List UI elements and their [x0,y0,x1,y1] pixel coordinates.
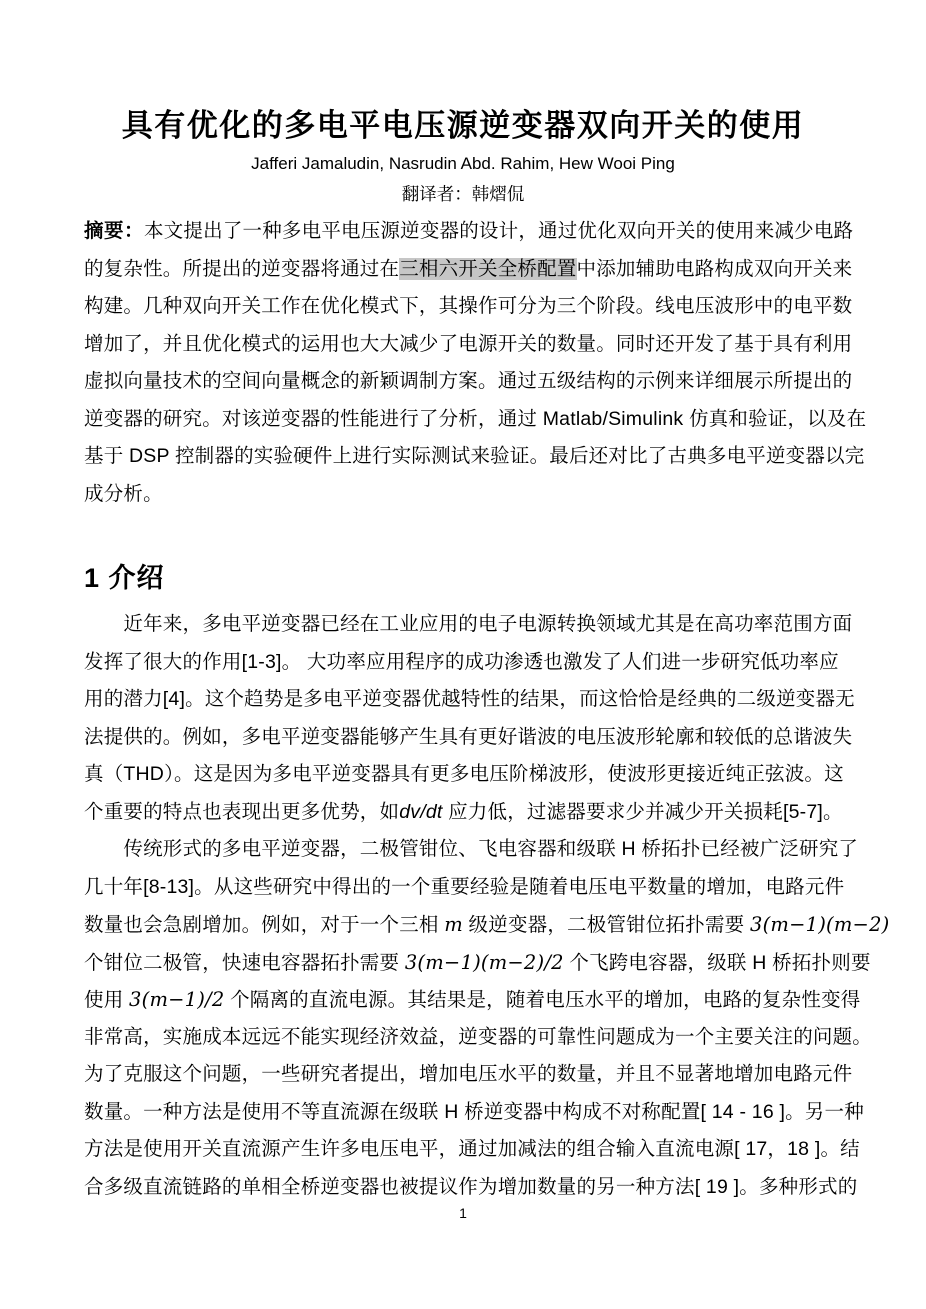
text-line: 发挥了很大的作用[1-3]。 大功率应用程序的成功渗透也激发了人们进一步研究低功… [84,644,846,682]
text-line: 数量。一种方法是使用不等直流源在级联 H 桥逆变器中构成不对称配置[ 14 - … [84,1094,846,1132]
text-line: 个重要的特点也表现出更多优势，如dv/dt 应力低，过滤器要求少并减少开关损耗[… [84,794,846,832]
text-segment: 使用 [84,989,129,1011]
text-line: 逆变器的研究。对该逆变器的性能进行了分析，通过 Matlab/Simulink … [84,401,846,439]
text-line: 数量也会急剧增加。例如，对于一个三相 m 级逆变器，二极管钳位拓扑需要 3(m−… [84,906,846,944]
text-segment: 用的潜力[4]。这个趋势是多电平逆变器优越特性的结果，而这恰恰是经典的二级逆变器… [84,688,855,710]
text-line: 构建。几种双向开关工作在优化模式下，其操作可分为三个阶段。线电压波形中的电平数 [84,288,846,326]
text-line: 法提供的。例如，多电平逆变器能够产生具有更好谐波的电压波形轮廓和较低的总谐波失 [84,719,846,757]
text-segment: 级逆变器，二极管钳位拓扑需要 [463,914,750,936]
document-page: 具有优化的多电平电压源逆变器双向开关的使用 Jafferi Jamaludin,… [0,0,926,1309]
text-segment: 逆变器的研究。对该逆变器的性能进行了分析，通过 Matlab/Simulink … [84,408,866,430]
text-segment: m [444,913,463,936]
text-segment: 虚拟向量技术的空间向量概念的新颖调制方案。通过五级结构的示例来详细展示所提出的 [84,370,852,392]
text-segment: 法提供的。例如，多电平逆变器能够产生具有更好谐波的电压波形轮廓和较低的总谐波失 [84,726,852,748]
text-line: 合多级直流链路的单相全桥逆变器也被提议作为增加数量的另一种方法[ 19 ]。多种… [84,1169,846,1207]
text-line: 成分析。 [84,476,846,514]
abstract-paragraph: 摘要：本文提出了一种多电平电压源逆变器的设计，通过优化双向开关的使用来减少电路的… [84,213,846,513]
text-line: 个钳位二极管，快速电容器拓扑需要 3(m−1)(m−2)/2 个飞跨电容器，级联… [84,944,846,982]
text-line: 使用 3(m−1)/2 个隔离的直流电源。其结果是，随着电压水平的增加，电路的复… [84,981,846,1019]
text-line: 增加了，并且优化模式的运用也大大减少了电源开关的数量。同时还开发了基于具有利用 [84,326,846,364]
text-line: 近年来，多电平逆变器已经在工业应用的电子电源转换领域尤其是在高功率范围方面 [84,606,846,644]
text-line: 几十年[8-13]。从这些研究中得出的一个重要经验是随着电压电平数量的增加，电路… [84,869,846,907]
text-segment: 方法是使用开关直流源产生许多电压电平，通过加减法的组合输入直流电源[ 17，18… [84,1138,860,1160]
text-segment: 真（THD）。这是因为多电平逆变器具有更多电压阶梯波形，使波形更接近纯正弦波。这 [84,763,844,785]
text-line: 虚拟向量技术的空间向量概念的新颖调制方案。通过五级结构的示例来详细展示所提出的 [84,363,846,401]
text-segment: 增加了，并且优化模式的运用也大大减少了电源开关的数量。同时还开发了基于具有利用 [84,333,852,355]
text-line: 方法是使用开关直流源产生许多电压电平，通过加减法的组合输入直流电源[ 17，18… [84,1131,846,1169]
text-segment: 应力低，过滤器要求少并减少开关损耗[5-7]。 [442,801,842,823]
text-segment: 传统形式的多电平逆变器，二极管钳位、飞电容器和级联 H 桥拓扑已经被广泛研究了 [84,838,858,860]
section-heading: 1 介绍 [84,556,844,595]
text-segment: 个重要的特点也表现出更多优势，如 [84,801,399,823]
text-segment: 为了克服这个问题，一些研究者提出，增加电压水平的数量，并且不显著地增加电路元件 [84,1063,852,1085]
text-line: 为了克服这个问题，一些研究者提出，增加电压水平的数量，并且不显著地增加电路元件 [84,1056,846,1094]
text-line: 非常高，实施成本远远不能实现经济效益，逆变器的可靠性问题成为一个主要关注的问题。 [84,1019,846,1057]
introduction-body: 近年来，多电平逆变器已经在工业应用的电子电源转换领域尤其是在高功率范围方面发挥了… [84,606,846,1206]
text-line: 用的潜力[4]。这个趋势是多电平逆变器优越特性的结果，而这恰恰是经典的二级逆变器… [84,681,846,719]
text-line: 真（THD）。这是因为多电平逆变器具有更多电压阶梯波形，使波形更接近纯正弦波。这 [84,756,846,794]
text-line: 基于 DSP 控制器的实验硬件上进行实际测试来验证。最后还对比了古典多电平逆变器… [84,438,846,476]
text-segment: 3(m−1)/2 [129,988,224,1011]
text-line: 传统形式的多电平逆变器，二极管钳位、飞电容器和级联 H 桥拓扑已经被广泛研究了 [84,831,846,869]
text-segment: 3(m−1)(m−2)/2 [405,951,564,974]
text-segment: 3(m−1)(m−2) [750,913,890,936]
text-segment: 个隔离的直流电源。其结果是，随着电压水平的增加，电路的复杂性变得 [224,989,860,1011]
text-segment: 构建。几种双向开关工作在优化模式下，其操作可分为三个阶段。线电压波形中的电平数 [84,295,852,317]
text-line: 摘要：本文提出了一种多电平电压源逆变器的设计，通过优化双向开关的使用来减少电路 [84,213,846,251]
text-segment: 的复杂性。所提出的逆变器将通过在 [84,258,399,280]
text-segment: dv/dt [399,801,442,823]
text-segment: 摘要： [84,220,144,242]
text-segment: 数量。一种方法是使用不等直流源在级联 H 桥逆变器中构成不对称配置[ 14 - … [84,1101,864,1123]
text-line: 的复杂性。所提出的逆变器将通过在三相六开关全桥配置中添加辅助电路构成双向开关来 [84,251,846,289]
highlighted-text: 三相六开关全桥配置 [399,258,576,280]
text-segment: 合多级直流链路的单相全桥逆变器也被提议作为增加数量的另一种方法[ 19 ]。多种… [84,1176,857,1198]
text-segment: 成分析。 [84,483,163,505]
text-segment: 近年来，多电平逆变器已经在工业应用的电子电源转换领域尤其是在高功率范围方面 [84,613,852,635]
text-segment: 基于 DSP 控制器的实验硬件上进行实际测试来验证。最后还对比了古典多电平逆变器… [84,445,864,467]
text-segment: 本文提出了一种多电平电压源逆变器的设计，通过优化双向开关的使用来减少电路 [144,220,853,242]
translator-line: 翻译者：韩熠侃 [83,181,843,206]
text-segment: 几十年[8-13]。从这些研究中得出的一个重要经验是随着电压电平数量的增加，电路… [84,876,844,898]
authors-line: Jafferi Jamaludin, Nasrudin Abd. Rahim, … [83,154,843,174]
text-segment: 非常高，实施成本远远不能实现经济效益，逆变器的可靠性问题成为一个主要关注的问题。 [84,1026,872,1048]
page-number: 1 [83,1203,843,1223]
text-segment: 中添加辅助电路构成双向开关来 [577,258,853,280]
text-segment: 数量也会急剧增加。例如，对于一个三相 [84,914,444,936]
text-segment: 个飞跨电容器，级联 H 桥拓扑则要 [564,952,871,974]
text-segment: 发挥了很大的作用[1-3]。 大功率应用程序的成功渗透也激发了人们进一步研究低功… [84,651,839,673]
page-title: 具有优化的多电平电压源逆变器双向开关的使用 [83,100,843,145]
text-segment: 个钳位二极管，快速电容器拓扑需要 [84,952,405,974]
